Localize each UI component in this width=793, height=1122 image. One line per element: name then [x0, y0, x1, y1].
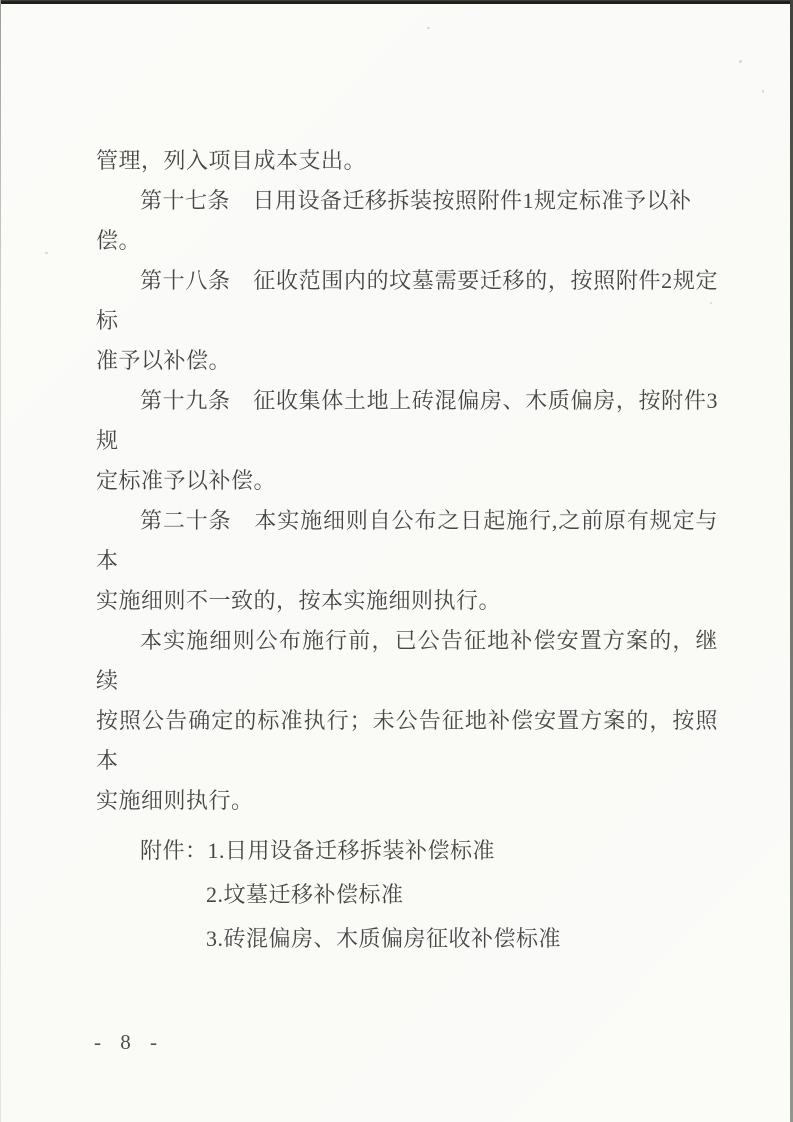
page-number: - 8 -	[94, 1030, 164, 1055]
attachments-list: 附件：1.日用设备迁移拆装补偿标准 2.坟墓迁移补偿标准 3.砖混偏房、木质偏房…	[96, 829, 718, 961]
transition-clause-continuation: 按照公告确定的标准执行；未公告征地补偿安置方案的，按照本	[96, 701, 718, 781]
transition-clause-line: 本实施细则公布施行前，已公告征地补偿安置方案的，继续	[96, 621, 718, 701]
attachments-label: 附件：	[140, 838, 208, 863]
article-20-line: 第二十条 本实施细则自公布之日起施行,之前原有规定与本	[96, 501, 718, 581]
article-19-continuation: 定标准予以补偿。	[96, 461, 718, 501]
attachments-item-3: 3.砖混偏房、木质偏房征收补偿标准	[96, 917, 718, 961]
article-20-continuation: 实施细则不一致的，按本实施细则执行。	[96, 581, 718, 621]
scan-speck	[738, 59, 742, 63]
scan-speck	[762, 90, 764, 93]
scan-speck	[45, 252, 48, 254]
transition-clause-end: 实施细则执行。	[96, 781, 718, 821]
document-body: 管理，列入项目成本支出。 第十七条 日用设备迁移拆装按照附件1规定标准予以补偿。…	[96, 141, 718, 961]
body-line-continuation: 管理，列入项目成本支出。	[96, 141, 718, 181]
article-18-line: 第十八条 征收范围内的坟墓需要迁移的，按照附件2规定标	[96, 261, 718, 341]
article-19-line: 第十九条 征收集体土地上砖混偏房、木质偏房，按附件3规	[96, 381, 718, 461]
scan-edge-top	[0, 0, 793, 4]
attachment-1-title: 1.日用设备迁移拆装补偿标准	[208, 838, 496, 863]
scan-edge-left	[0, 0, 1, 1122]
document-page: 管理，列入项目成本支出。 第十七条 日用设备迁移拆装按照附件1规定标准予以补偿。…	[0, 0, 793, 1122]
scan-speck	[427, 27, 430, 29]
attachments-item-1: 附件：1.日用设备迁移拆装补偿标准	[96, 829, 718, 873]
attachments-item-2: 2.坟墓迁移补偿标准	[96, 873, 718, 917]
article-17-line: 第十七条 日用设备迁移拆装按照附件1规定标准予以补偿。	[96, 181, 718, 261]
article-18-continuation: 准予以补偿。	[96, 341, 718, 381]
